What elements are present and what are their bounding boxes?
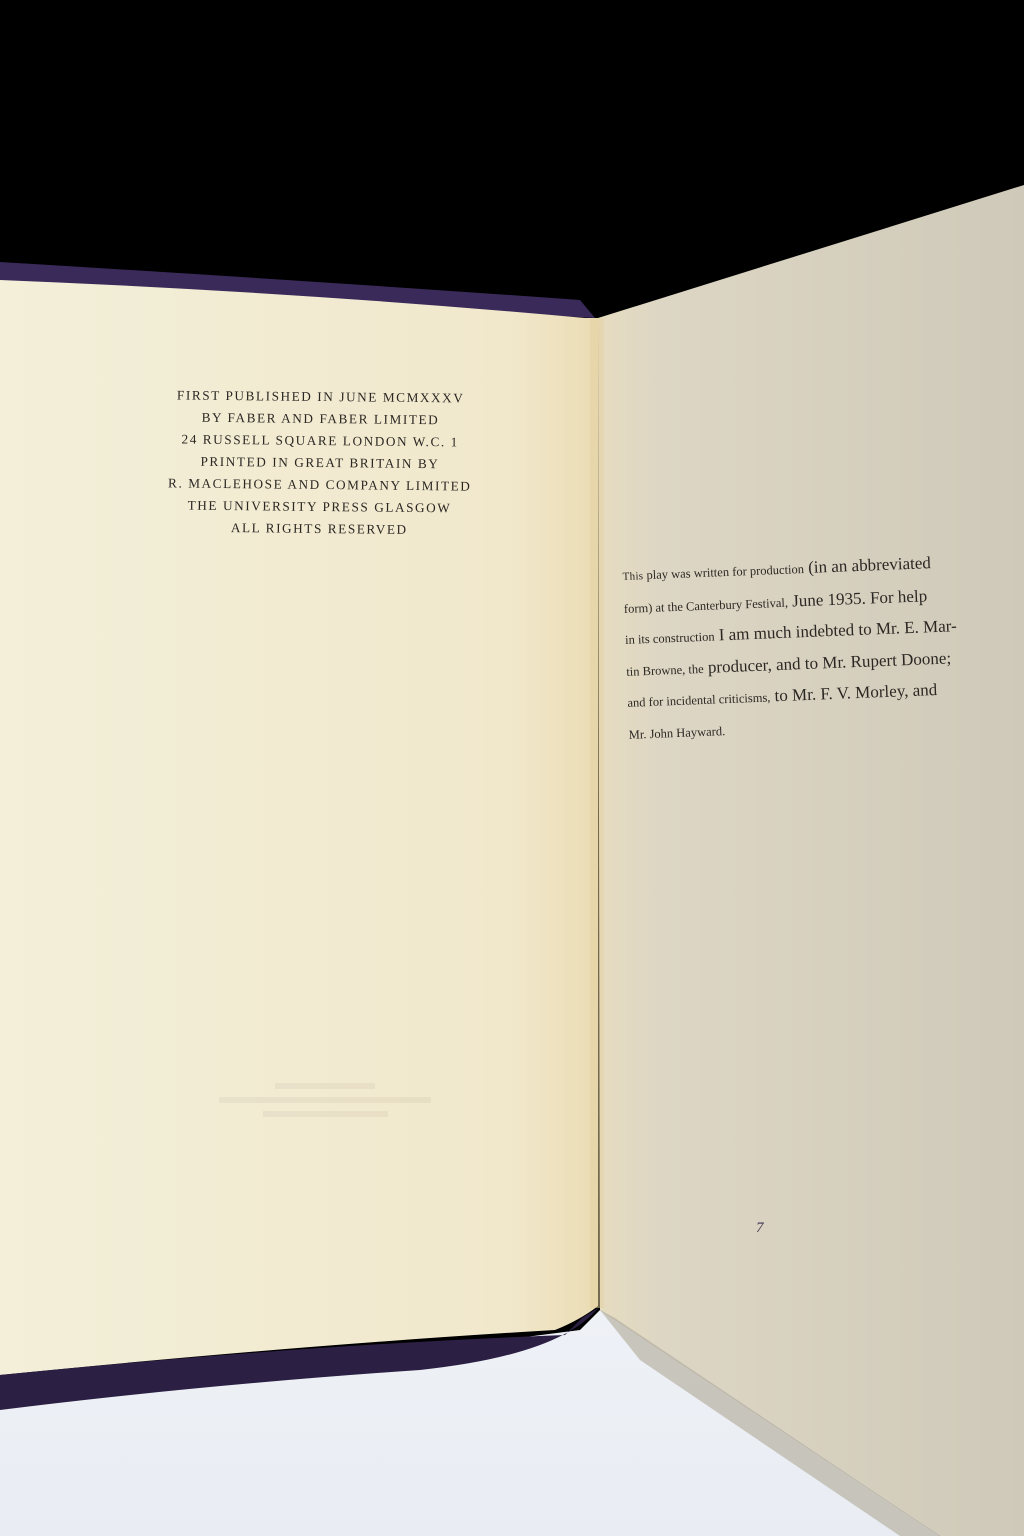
book-geometry [0, 0, 1024, 1536]
book-photo: FIRST PUBLISHED IN JUNE MCMXXXV BY FABER… [0, 0, 1024, 1536]
imprint-line: FIRST PUBLISHED IN JUNE MCMXXXV [131, 384, 511, 410]
page-number: 7 [756, 1220, 764, 1237]
authors-note: This play was written for production (in… [622, 545, 1024, 750]
show-through-text [200, 1075, 450, 1135]
imprint-line: ALL RIGHTS RESERVED [129, 516, 509, 542]
imprint-line: R. MACLEHOSE AND COMPANY LIMITED [130, 472, 510, 498]
gutter [590, 318, 604, 1308]
right-page [598, 185, 1024, 1536]
copyright-imprint: FIRST PUBLISHED IN JUNE MCMXXXV BY FABER… [129, 384, 511, 542]
imprint-line: 24 RUSSELL SQUARE LONDON W.C. 1 [130, 428, 510, 454]
